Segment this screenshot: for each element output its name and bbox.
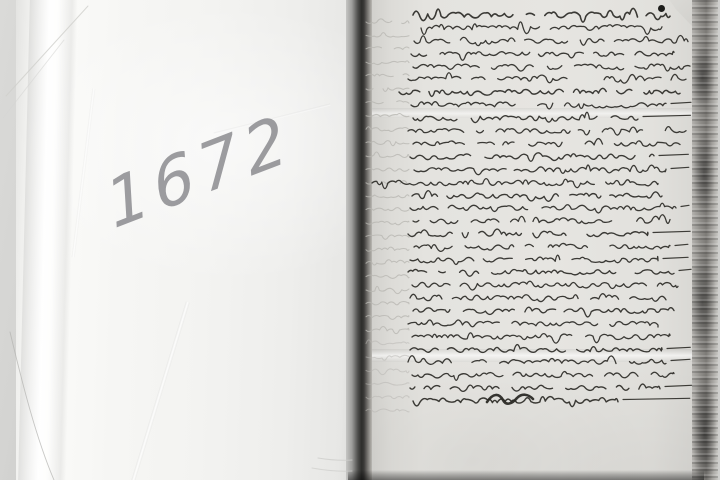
bottom-page-edges bbox=[348, 470, 704, 480]
horizontal-crease bbox=[372, 349, 702, 362]
pencil-inscription-1672: 1672 bbox=[99, 101, 295, 244]
right-page bbox=[372, 0, 702, 480]
ink-spot bbox=[658, 5, 665, 12]
horizontal-crease bbox=[372, 108, 702, 118]
page-stack-fore-edge bbox=[692, 0, 718, 480]
paper-crease bbox=[72, 88, 96, 257]
paper-crease bbox=[130, 302, 189, 480]
left-page: 1672 bbox=[16, 0, 352, 480]
vertical-fold-crease bbox=[18, 0, 78, 480]
manuscript-photo: 1672 bbox=[0, 0, 720, 480]
